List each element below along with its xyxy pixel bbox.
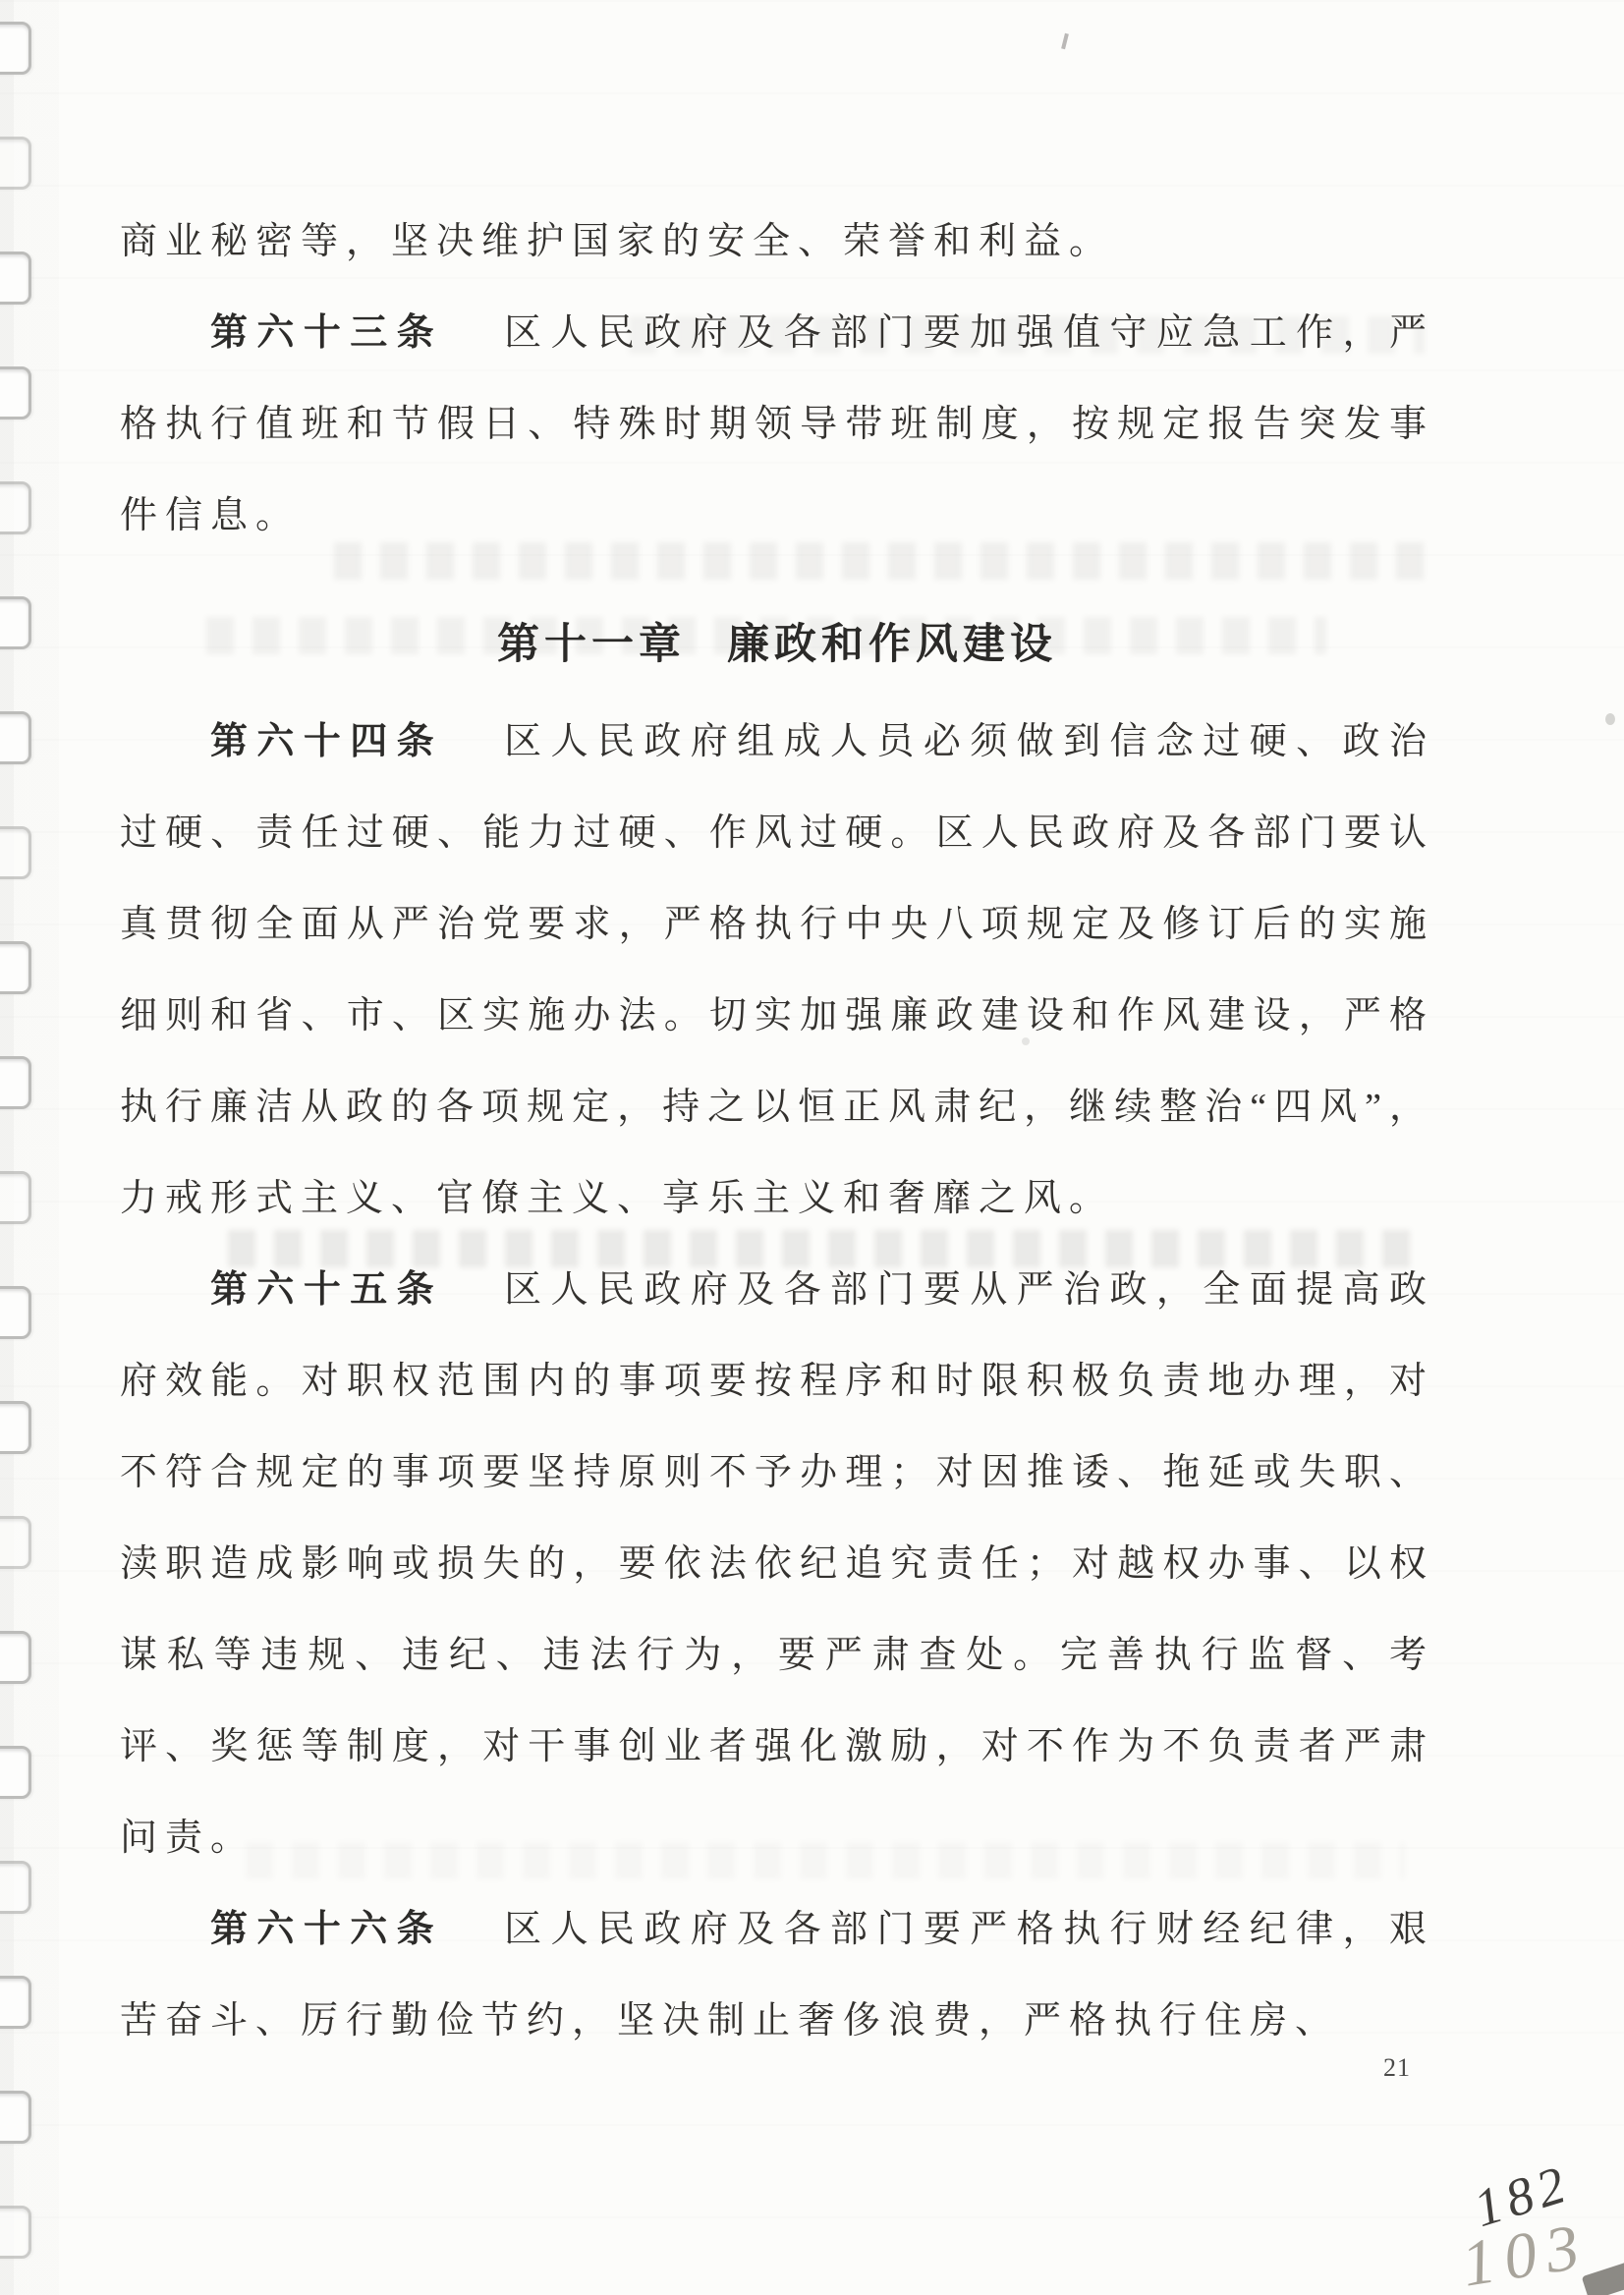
binding-hole: [0, 366, 31, 420]
article-64-body: 区人民政府组成人员必须做到信念过硬、政治过硬、责任过硬、能力过硬、作风过硬。区人…: [120, 721, 1434, 1219]
binding-hole: [0, 826, 31, 879]
binding-hole: [0, 137, 31, 190]
paragraph-article-66: 第六十六条区人民政府及各部门要严格执行财经纪律，艰苦奋斗、厉行勤俭节约，坚决制止…: [120, 1884, 1434, 2067]
binding-hole: [0, 1056, 31, 1109]
scanned-page: 商业秘密等，坚决维护国家的安全、荣誉和利益。 第六十三条区人民政府及各部门要加强…: [0, 0, 1624, 2295]
binding-hole: [0, 22, 31, 75]
document-body: 商业秘密等，坚决维护国家的安全、荣誉和利益。 第六十三条区人民政府及各部门要加强…: [120, 196, 1434, 2067]
chapter-heading: 第十一章廉政和作风建设: [120, 599, 1434, 691]
binding-hole: [0, 1286, 31, 1339]
binding-hole: [0, 252, 31, 305]
article-65-body: 区人民政府及各部门要从严治政，全面提高政府效能。对职权范围内的事项要按程序和时限…: [120, 1269, 1434, 1859]
chapter-number: 第十一章: [497, 622, 686, 668]
scan-speck: [1061, 33, 1069, 49]
paragraph-continuation: 商业秘密等，坚决维护国家的安全、荣誉和利益。: [120, 196, 1434, 288]
paragraph-article-65: 第六十五条区人民政府及各部门要从严治政，全面提高政府效能。对职权范围内的事项要按…: [120, 1245, 1434, 1884]
binding-hole: [0, 2091, 31, 2144]
handwritten-mark-pencil: 103: [1457, 2209, 1594, 2295]
article-66-label: 第六十六条: [210, 1909, 443, 1950]
binding-hole: [0, 1976, 31, 2029]
paragraph-article-64: 第六十四条区人民政府组成人员必须做到信念过硬、政治过硬、责任过硬、能力过硬、作风…: [120, 697, 1434, 1245]
binding-hole: [0, 2206, 31, 2259]
binding-hole: [0, 1401, 31, 1454]
binding-hole: [0, 596, 31, 649]
continuation-text: 商业秘密等，坚决维护国家的安全、荣誉和利益。: [120, 221, 1114, 262]
scan-speck: [1605, 713, 1615, 725]
paragraph-article-63: 第六十三条区人民政府及各部门要加强值守应急工作，严格执行值班和节假日、特殊时期领…: [120, 288, 1434, 562]
page-number: 21: [1383, 2053, 1411, 2083]
chapter-title: 廉政和作风建设: [727, 622, 1057, 668]
binding-hole: [0, 711, 31, 764]
binding-hole: [0, 481, 31, 534]
article-64-label: 第六十四条: [210, 721, 443, 762]
binding-hole: [0, 1861, 31, 1914]
binding-hole: [0, 1516, 31, 1569]
article-65-label: 第六十五条: [210, 1269, 443, 1311]
binding-hole: [0, 1171, 31, 1224]
article-63-label: 第六十三条: [210, 312, 443, 354]
binding-hole: [0, 1631, 31, 1684]
binding-hole: [0, 1746, 31, 1799]
binding-hole: [0, 941, 31, 994]
